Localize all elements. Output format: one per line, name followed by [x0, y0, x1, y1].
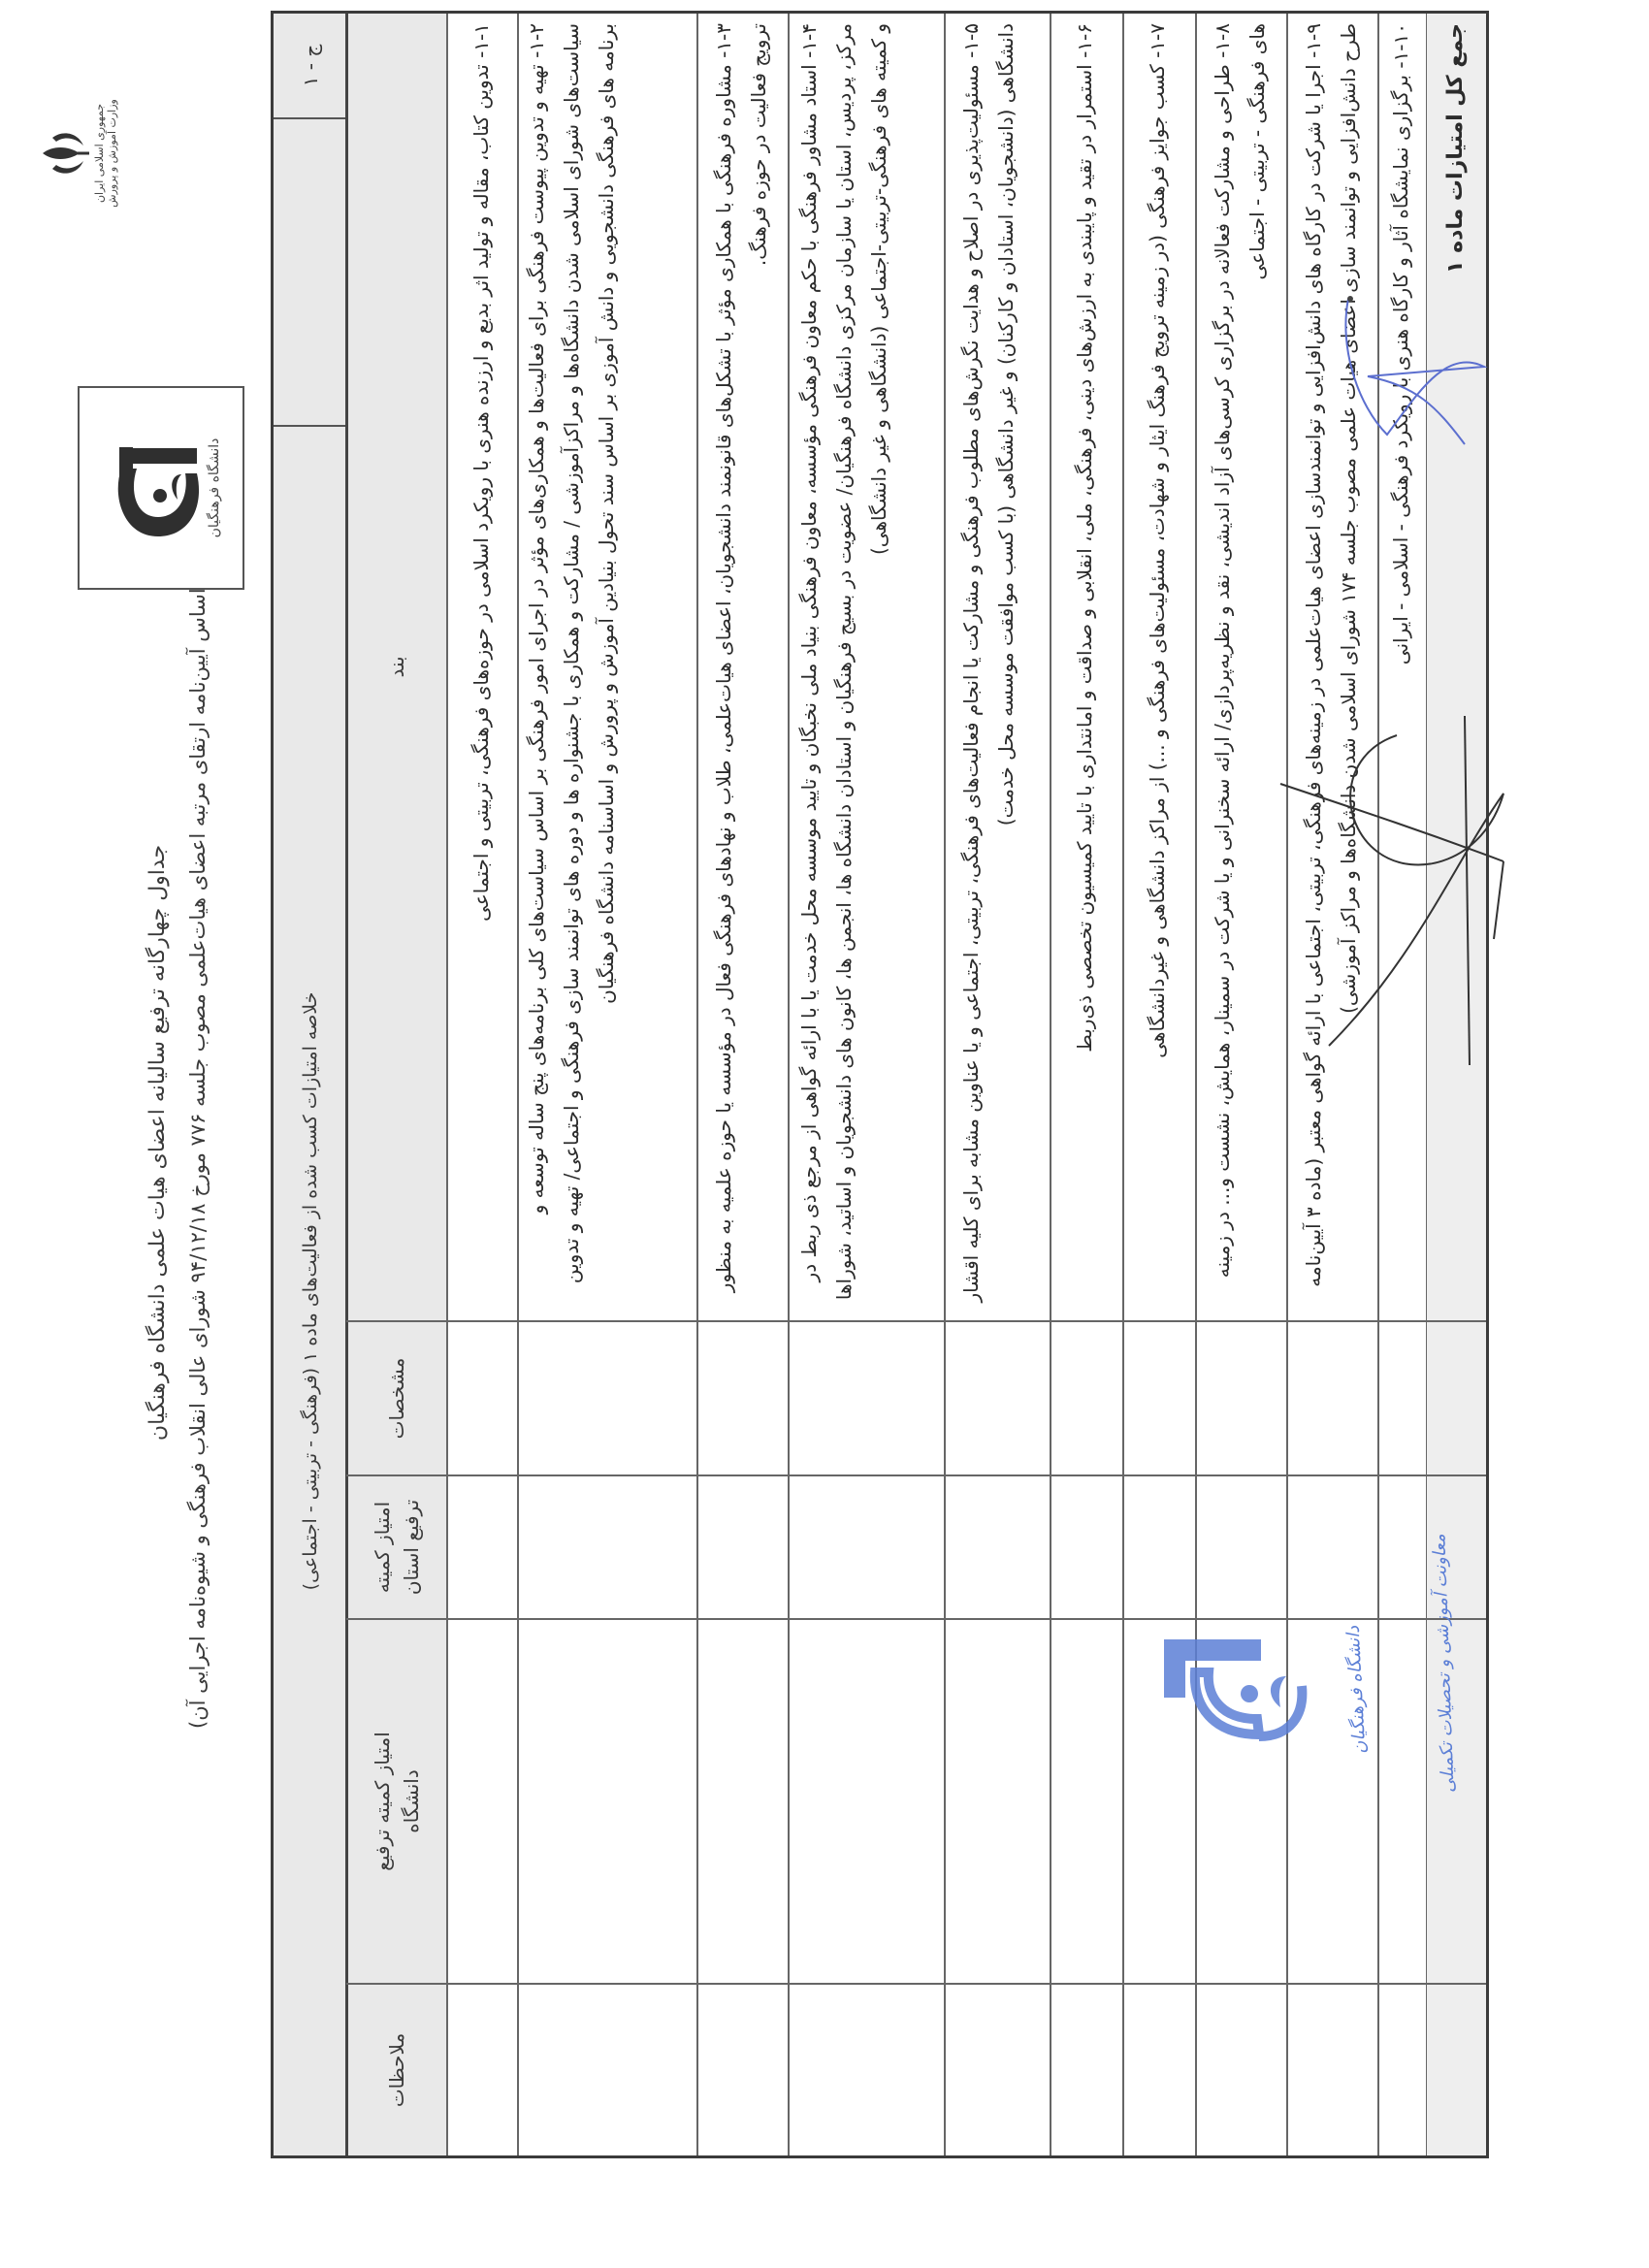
- emblem-icon: [39, 124, 93, 182]
- total-col-divider: [1427, 1984, 1486, 1986]
- table-row-5-item: ۱-۵- مسئولیت‌پذیری در اصلاح و هدایت نگرش…: [944, 14, 1050, 1320]
- university-logo-icon: [100, 420, 207, 556]
- document-page: جمهوری اسلامی ایران وزارت آموزش و پرورش …: [0, 0, 1649, 2268]
- code-cell-divider: [274, 117, 346, 119]
- total-label: جمع کل امتیازات ماده ۱: [1427, 14, 1486, 1320]
- total-col-divider: [1427, 1475, 1486, 1477]
- table-row-8-item: ۱-۸- طراحی و مشارکت فعالانه در برگزاری ک…: [1195, 14, 1286, 1320]
- col-header-notes: ملاحظات: [346, 1985, 446, 2155]
- col-header-university-score: امتیاز کمیته ترفیع دانشگاه: [346, 1620, 446, 1983]
- form-code: ج - ۱: [274, 14, 346, 117]
- col-header-province-score: امتیاز کمیته ترفیع استان: [346, 1476, 446, 1618]
- section-title: خلاصه امتیازات کسب شده از فعالیت‌های ماد…: [274, 427, 346, 2155]
- document-title: جداول چهارگانه ترفیع سالیانه اعضای هیات …: [145, 561, 170, 1725]
- stamp-logo-icon: [1145, 1628, 1319, 1754]
- total-col-divider: [1427, 1321, 1486, 1323]
- table-row-6-item: ۱-۶- استمرار در تقید و پایبندی به ارزش‌ه…: [1050, 14, 1122, 1320]
- emblem-caption-1: جمهوری اسلامی ایران: [93, 95, 106, 211]
- col-header-specs: مشخصات: [346, 1322, 446, 1474]
- government-emblem: جمهوری اسلامی ایران وزارت آموزش و پرورش: [39, 95, 145, 211]
- table-row-4-item: ۱-۴- استاد مشاور فرهنگی با حکم معاون فره…: [788, 14, 944, 1320]
- col-header-item: بند: [346, 14, 446, 1320]
- emblem-caption-2: وزارت آموزش و پرورش: [106, 95, 118, 211]
- table-row-3-item: ۱-۳- مشاوره فرهنگی با همکاری مؤثر با تشک…: [696, 14, 788, 1320]
- table-row-7-item: ۱-۷- کسب جوایز فرهنگی (در زمینه ترویج فر…: [1122, 14, 1195, 1320]
- university-logo-caption: دانشگاه فرهنگیان: [207, 438, 222, 538]
- table-row-10-item: ۱-۱۰- برگزاری نمایشگاه آثار و کارگاه هنر…: [1377, 14, 1426, 1320]
- university-logo: دانشگاه فرهنگیان: [78, 386, 244, 590]
- table-row-2-item: ۱-۲- تهیه و تدوین پیوست فرهنگی برای فعال…: [517, 14, 696, 1320]
- table-row-9-item: ۱-۹- اجرا یا شرکت در کارگاه های دانش‌افز…: [1286, 14, 1377, 1320]
- signature-dark: [1261, 697, 1552, 1104]
- table-row-1-item: ۱-۱- تدوین کتاب، مقاله و تولید اثر بدیع …: [446, 14, 517, 1320]
- signature-blue: [1329, 279, 1494, 473]
- university-stamp: [1145, 1628, 1319, 1754]
